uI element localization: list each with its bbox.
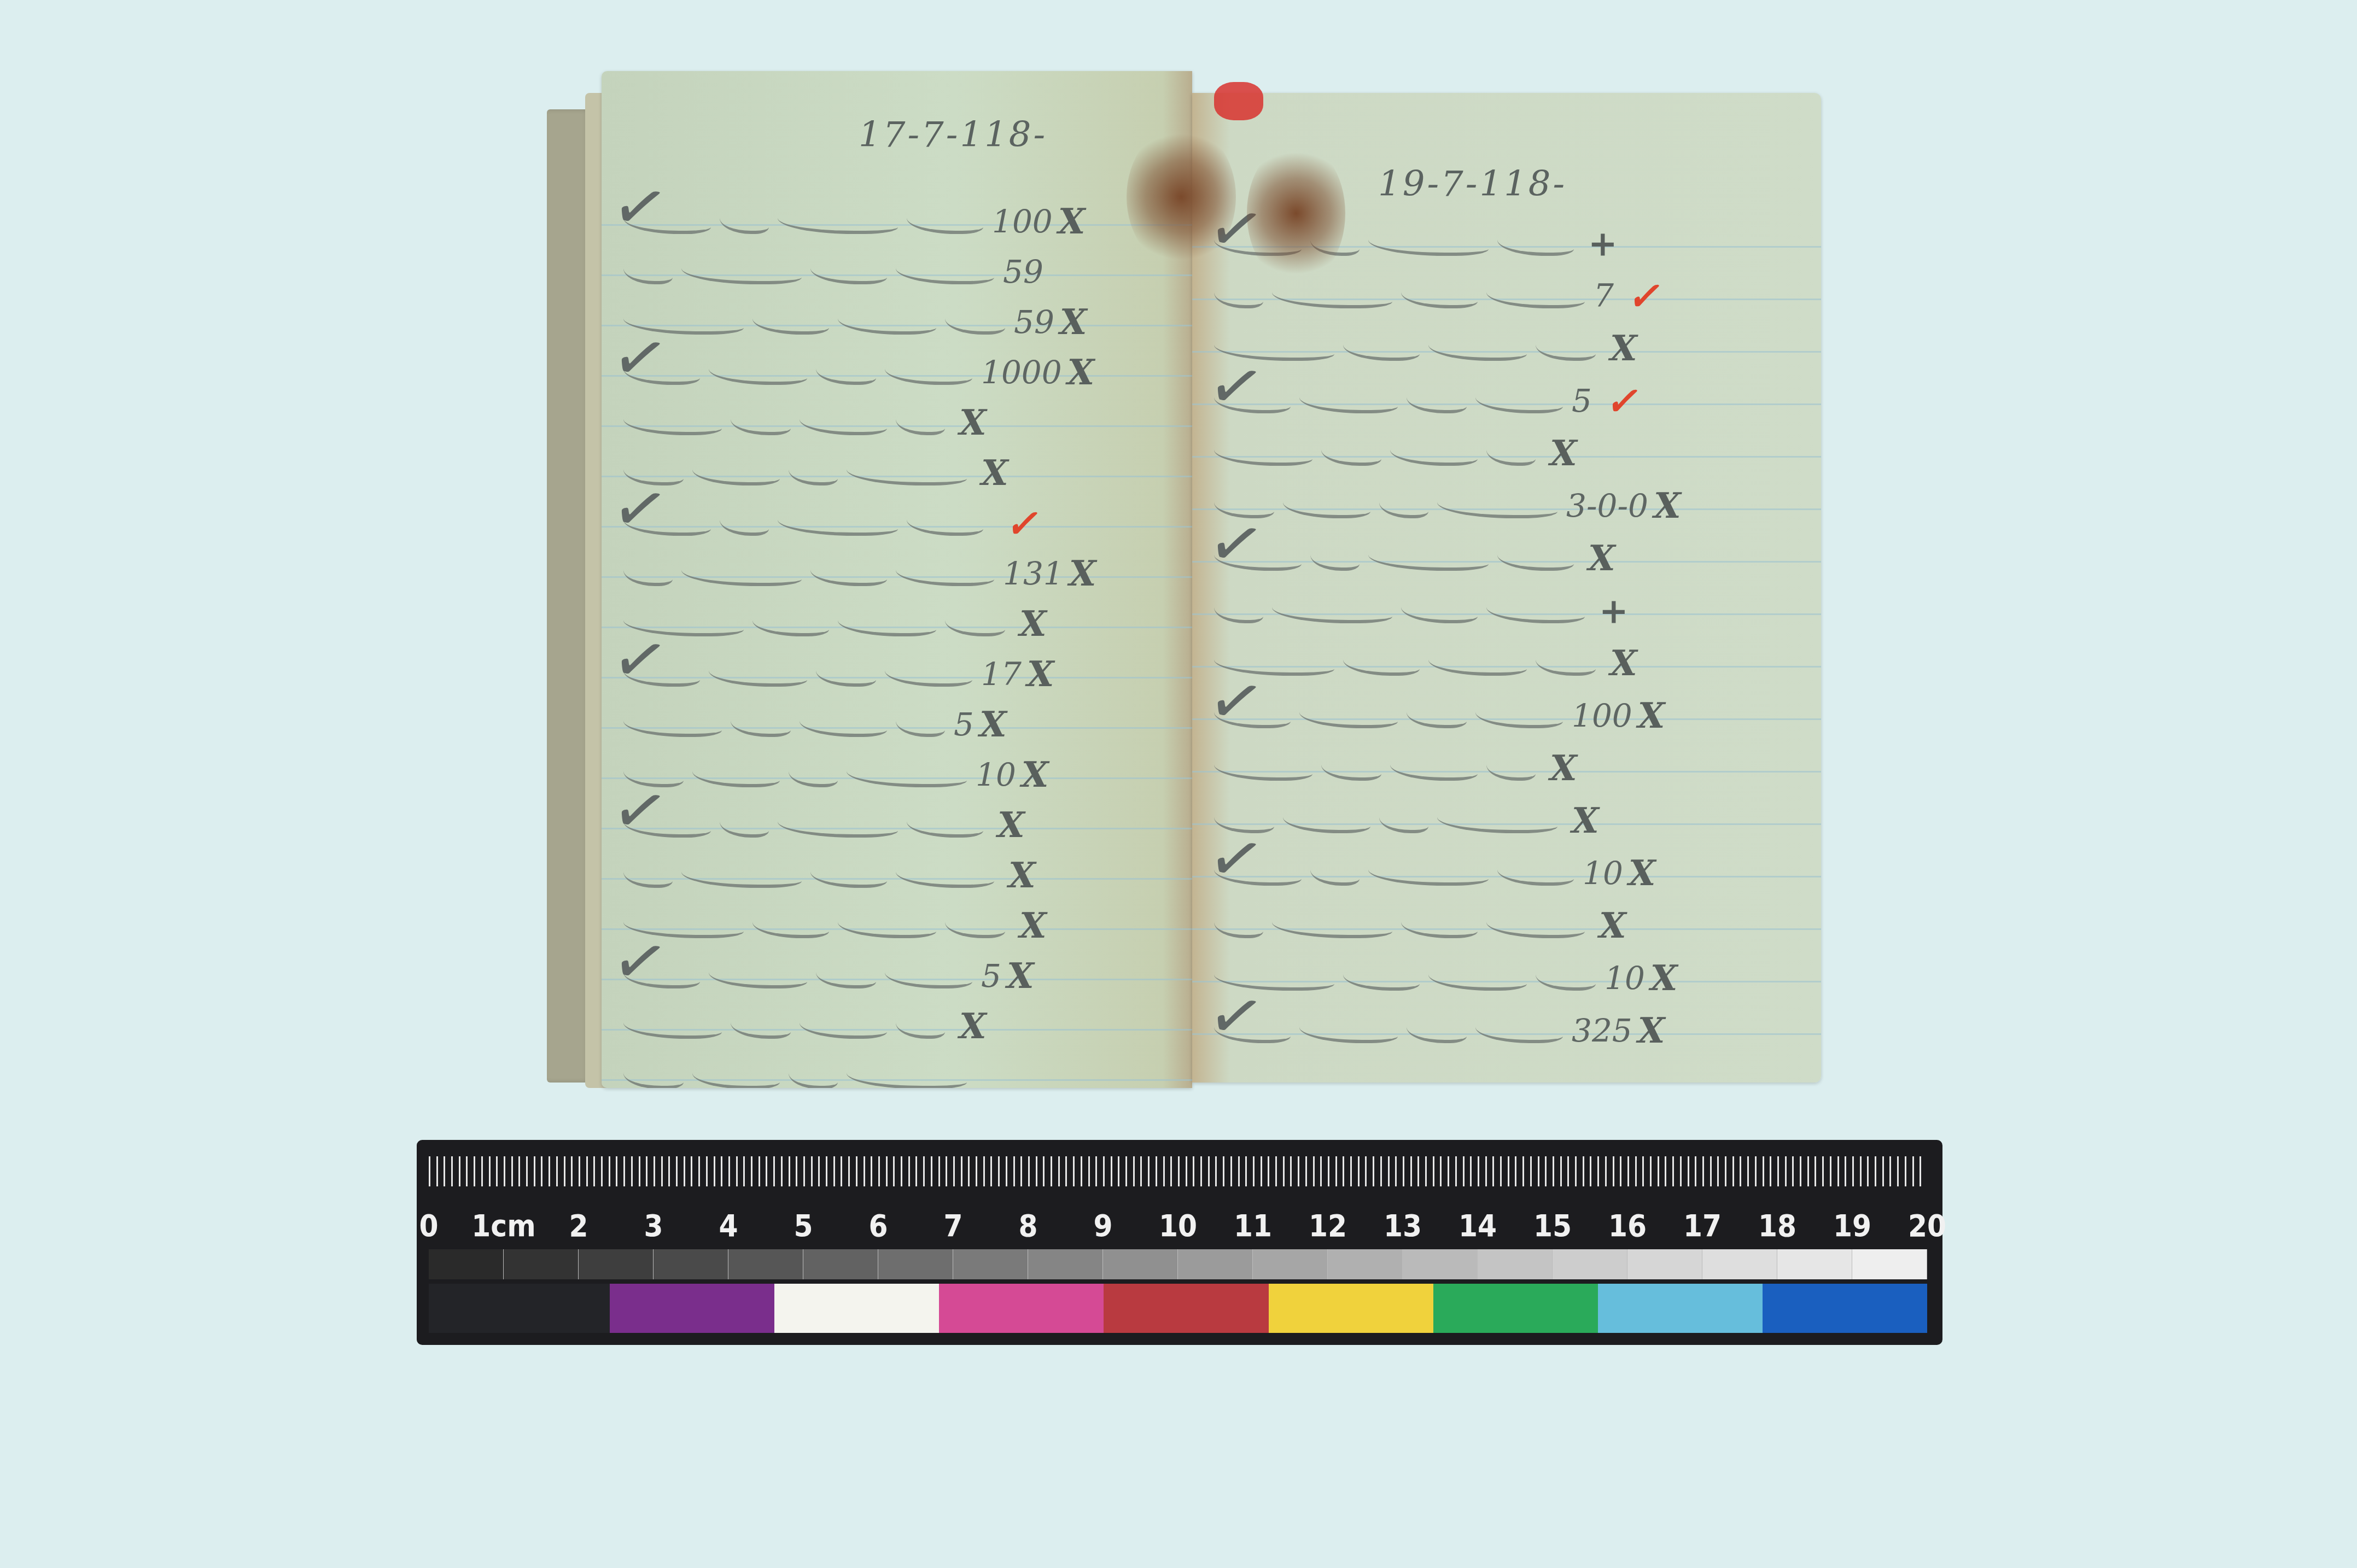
handwriting-glyphs — [1401, 598, 1478, 623]
entry-amount: 100 — [992, 203, 1053, 240]
handwritten-entry: 325X — [1214, 1011, 1665, 1050]
handwriting-glyphs — [681, 561, 802, 586]
handwriting-glyphs — [692, 1064, 780, 1088]
entry-amount: 131 — [1003, 555, 1064, 592]
color-patch-white — [774, 1284, 939, 1333]
plus-mark-icon: + — [1599, 590, 1629, 631]
handwriting-glyphs — [1368, 546, 1489, 571]
handwriting-glyphs — [838, 611, 936, 636]
entry-amount: 10 — [1583, 855, 1623, 892]
scale-tick-label: 14 — [1458, 1208, 1497, 1244]
handwriting-glyphs — [789, 460, 838, 485]
handwriting-glyphs — [896, 259, 994, 284]
handwriting-glyphs — [1401, 283, 1478, 308]
entry-amount: 10 — [976, 756, 1016, 793]
handwritten-entry: X — [1214, 434, 1577, 472]
handwritten-entry: + — [1214, 592, 1629, 630]
handwritten-entry: 59 — [623, 253, 1049, 291]
handwriting-glyphs — [1486, 756, 1536, 781]
gray-step — [579, 1249, 654, 1279]
right-page-date: 19-7-118- — [1378, 164, 1567, 204]
handwriting-glyphs — [907, 209, 983, 234]
scale-tick-label: 2 — [569, 1208, 588, 1244]
scale-tick-label: 1cm — [471, 1208, 535, 1244]
handwriting-glyphs — [896, 712, 945, 737]
scale-tick-label: 15 — [1533, 1208, 1572, 1244]
handwriting-glyphs — [1437, 493, 1557, 518]
handwriting-glyphs — [1321, 756, 1381, 781]
handwriting-glyphs — [1497, 861, 1574, 886]
handwriting-glyphs — [1214, 441, 1312, 466]
cross-mark-icon: X — [1610, 328, 1637, 369]
gray-step — [1328, 1249, 1403, 1279]
handwriting-glyphs — [692, 762, 780, 787]
cross-mark-icon: X — [997, 805, 1025, 846]
gray-step — [1553, 1249, 1627, 1279]
cross-mark-icon: X — [1638, 695, 1665, 736]
scale-tick-label: 8 — [1018, 1208, 1037, 1244]
handwriting-glyphs — [752, 611, 829, 636]
notebook-cover-edge — [547, 109, 591, 1083]
entry-amount: 3-0-0 — [1566, 487, 1648, 524]
handwritten-entry: X — [623, 605, 1047, 643]
handwritten-entry: 10X — [623, 756, 1048, 794]
gray-step — [429, 1249, 504, 1279]
handwriting-glyphs — [1283, 493, 1370, 518]
left-page: 17-7-118- 100X✓5959X1000X✓XX✓✓131XX17X✓5… — [602, 71, 1192, 1088]
gray-step — [504, 1249, 579, 1279]
handwritten-entry: X — [1214, 329, 1637, 367]
check-mark-icon: ✓ — [1627, 273, 1659, 319]
handwriting-glyphs — [789, 762, 838, 787]
cross-mark-icon: X — [959, 402, 987, 443]
handwritten-entry: 100X — [1214, 697, 1665, 735]
cross-mark-icon: X — [1022, 754, 1049, 795]
handwriting-glyphs — [847, 1064, 967, 1088]
scale-tick-label: 7 — [943, 1208, 962, 1244]
entry-amount: 5 — [954, 706, 974, 743]
handwriting-glyphs — [810, 259, 887, 284]
scale-tick-label: 5 — [794, 1208, 813, 1244]
scale-tick-label: 19 — [1833, 1208, 1871, 1244]
handwriting-glyphs — [752, 913, 829, 938]
cross-mark-icon: X — [1550, 433, 1577, 474]
entry-amount: 325 — [1572, 1012, 1632, 1049]
color-patch-cyan — [1598, 1284, 1763, 1333]
color-patch-black — [429, 1284, 610, 1333]
cross-mark-icon: X — [1060, 302, 1087, 343]
handwriting-glyphs — [1368, 861, 1489, 886]
entry-amount: 59 — [1003, 253, 1043, 290]
handwriting-glyphs — [1407, 703, 1467, 728]
handwritten-entry: 131X — [623, 554, 1096, 593]
handwriting-glyphs — [731, 410, 791, 435]
handwriting-glyphs — [1272, 283, 1392, 308]
handwriting-glyphs — [778, 209, 898, 234]
handwriting-glyphs — [1536, 651, 1596, 676]
handwriting-glyphs — [1343, 336, 1420, 361]
handwriting-glyphs — [1475, 703, 1563, 728]
gray-step — [953, 1249, 1028, 1279]
handwritten-entry: X — [1214, 906, 1626, 945]
scale-tick-label: 3 — [644, 1208, 663, 1244]
handwriting-glyphs — [623, 1014, 722, 1039]
gray-step — [1103, 1249, 1178, 1279]
handwriting-glyphs — [1321, 441, 1381, 466]
handwriting-glyphs — [847, 762, 967, 787]
handwritten-entry: X — [623, 806, 1025, 844]
gray-step — [878, 1249, 953, 1279]
gray-step — [1702, 1249, 1777, 1279]
cross-mark-icon: X — [1610, 643, 1637, 684]
handwriting-glyphs — [1486, 441, 1536, 466]
handwriting-glyphs — [1272, 913, 1392, 938]
handwriting-glyphs — [1214, 756, 1312, 781]
color-patch-purple — [610, 1284, 774, 1333]
handwriting-glyphs — [623, 561, 673, 586]
scale-tick-label: 20 — [1908, 1208, 1946, 1244]
handwriting-glyphs — [945, 611, 1005, 636]
handwriting-glyphs — [623, 712, 722, 737]
handwriting-glyphs — [623, 410, 722, 435]
handwriting-glyphs — [885, 662, 972, 687]
handwritten-entry: X — [623, 906, 1047, 945]
handwriting-glyphs — [816, 963, 876, 988]
handwriting-glyphs — [838, 309, 936, 335]
handwriting-glyphs — [720, 812, 769, 838]
entry-amount: 7 — [1594, 277, 1614, 314]
handwriting-glyphs — [778, 511, 898, 536]
handwriting-glyphs — [885, 963, 972, 988]
handwriting-glyphs — [1407, 1018, 1467, 1043]
scale-tick-label: 11 — [1234, 1208, 1272, 1244]
gray-step — [728, 1249, 803, 1279]
handwriting-glyphs — [1299, 1018, 1398, 1043]
handwritten-entry: ✓ — [623, 504, 1037, 542]
handwriting-glyphs — [907, 511, 983, 536]
left-page-date: 17-7-118- — [859, 115, 1047, 155]
handwriting-glyphs — [1486, 283, 1585, 308]
entry-amount: 5 — [1572, 382, 1592, 419]
color-patch-blue — [1763, 1284, 1927, 1333]
cross-mark-icon: X — [1007, 956, 1034, 997]
measurement-scale: 01cm234567891011121314151617181920 — [417, 1140, 1942, 1345]
handwriting-glyphs — [709, 360, 807, 385]
handwritten-entry: 3-0-0X — [1214, 487, 1681, 525]
handwriting-glyphs — [1486, 913, 1585, 938]
grayscale-strip — [429, 1249, 1927, 1279]
handwritten-entry: 59X — [623, 303, 1087, 341]
handwriting-glyphs — [1343, 651, 1420, 676]
handwritten-entry: X — [623, 856, 1036, 894]
handwriting-glyphs — [810, 561, 887, 586]
cross-mark-icon: X — [1599, 905, 1626, 946]
handwriting-glyphs — [1310, 546, 1360, 571]
millimeter-ticks — [429, 1156, 1927, 1186]
entry-amount: 5 — [981, 957, 1001, 994]
handwriting-glyphs — [1299, 388, 1398, 413]
cross-mark-icon: X — [1638, 1010, 1665, 1051]
handwritten-entry: X — [1214, 801, 1599, 840]
gray-step — [1253, 1249, 1328, 1279]
handwriting-glyphs — [945, 309, 1005, 335]
handwritten-entry: 5X — [623, 705, 1007, 744]
handwriting-glyphs — [1272, 598, 1392, 623]
handwriting-glyphs — [731, 712, 791, 737]
handwriting-glyphs — [789, 1064, 838, 1088]
cross-mark-icon: X — [1650, 958, 1678, 999]
handwriting-glyphs — [800, 712, 887, 737]
scale-tick-label: 0 — [419, 1208, 438, 1244]
handwriting-glyphs — [1497, 546, 1574, 571]
scale-tick-label: 10 — [1159, 1208, 1197, 1244]
handwriting-glyphs — [752, 309, 829, 335]
handwriting-glyphs — [945, 913, 1005, 938]
handwritten-entry: X — [1214, 539, 1615, 577]
gray-step — [1028, 1249, 1103, 1279]
handwriting-glyphs — [816, 360, 876, 385]
handwriting-glyphs — [1475, 1018, 1563, 1043]
handwritten-entry: X — [623, 403, 987, 442]
handwriting-glyphs — [1390, 441, 1478, 466]
handwriting-glyphs — [885, 360, 972, 385]
handwritten-entry: 10X — [1214, 959, 1677, 997]
scale-tick-label: 9 — [1093, 1208, 1112, 1244]
handwritten-entry: X — [1214, 644, 1637, 682]
handwriting-glyphs — [778, 812, 898, 838]
handwriting-glyphs — [709, 963, 807, 988]
handwriting-glyphs — [896, 410, 945, 435]
handwriting-glyphs — [1214, 913, 1263, 938]
handwriting-glyphs — [709, 662, 807, 687]
scale-tick-label: 18 — [1758, 1208, 1796, 1244]
handwritten-entry: X — [623, 454, 1008, 492]
handwriting-glyphs — [1214, 598, 1263, 623]
handwriting-glyphs — [1475, 388, 1563, 413]
cross-mark-icon: X — [1058, 201, 1086, 242]
cross-mark-icon: X — [1069, 553, 1096, 594]
handwriting-glyphs — [681, 259, 802, 284]
handwriting-glyphs — [1497, 231, 1574, 256]
handwriting-glyphs — [1486, 598, 1585, 623]
handwriting-glyphs — [692, 460, 780, 485]
handwriting-glyphs — [1214, 283, 1263, 308]
scale-tick-label: 12 — [1309, 1208, 1347, 1244]
handwritten-entry: 1000X — [623, 353, 1094, 391]
handwritten-entry: 100X — [623, 202, 1085, 241]
handwriting-glyphs — [1428, 966, 1527, 991]
scale-tick-label: 13 — [1384, 1208, 1422, 1244]
gray-step — [1627, 1249, 1702, 1279]
handwriting-glyphs — [847, 460, 967, 485]
gray-step — [803, 1249, 878, 1279]
color-patch-magenta — [939, 1284, 1104, 1333]
handwriting-glyphs — [1390, 756, 1478, 781]
handwriting-glyphs — [681, 863, 802, 888]
handwriting-glyphs — [838, 913, 936, 938]
entry-amount: 10 — [1605, 959, 1645, 997]
cross-mark-icon: X — [981, 453, 1008, 494]
handwriting-glyphs — [1428, 336, 1527, 361]
entry-amount: 59 — [1014, 303, 1054, 341]
color-patch-green — [1433, 1284, 1598, 1333]
handwritten-entry: 17X — [623, 655, 1054, 693]
cross-mark-icon: X — [979, 704, 1007, 745]
handwriting-glyphs — [731, 1014, 791, 1039]
gray-step — [1852, 1249, 1927, 1279]
cross-mark-icon: X — [1019, 604, 1047, 645]
gray-step — [1178, 1249, 1253, 1279]
handwriting-glyphs — [623, 259, 673, 284]
handwriting-glyphs — [907, 812, 983, 838]
color-checker-strip — [429, 1284, 1927, 1333]
handwriting-glyphs — [1343, 966, 1420, 991]
entry-amount: 1000 — [981, 354, 1062, 391]
handwritten-entry — [623, 1057, 981, 1088]
gray-step — [654, 1249, 728, 1279]
handwriting-glyphs — [896, 1014, 945, 1039]
gray-step — [1403, 1249, 1478, 1279]
handwriting-glyphs — [1310, 861, 1360, 886]
handwriting-glyphs — [1407, 388, 1467, 413]
check-mark-icon: ✓ — [1005, 501, 1037, 546]
cross-mark-icon: X — [1067, 352, 1095, 393]
handwriting-glyphs — [896, 863, 994, 888]
cross-mark-icon: X — [959, 1006, 987, 1047]
scale-tick-label: 4 — [719, 1208, 738, 1244]
binding-stain — [1127, 126, 1236, 268]
cross-mark-icon: X — [1654, 485, 1681, 526]
handwriting-glyphs — [896, 561, 994, 586]
cross-mark-icon: X — [1550, 748, 1577, 789]
cross-mark-icon: X — [1572, 800, 1599, 841]
cross-mark-icon: X — [1027, 654, 1054, 695]
handwritten-entry: 10X — [1214, 854, 1655, 892]
handwriting-glyphs — [816, 662, 876, 687]
handwriting-glyphs — [1401, 913, 1478, 938]
handwriting-glyphs — [810, 863, 887, 888]
handwriting-glyphs — [623, 1064, 684, 1088]
handwritten-entry: X — [1214, 749, 1577, 787]
entry-amount: 100 — [1572, 697, 1632, 734]
handwritten-entry: X — [623, 1007, 987, 1045]
gray-step — [1777, 1249, 1852, 1279]
cross-mark-icon: X — [1019, 905, 1047, 946]
gray-step — [1478, 1249, 1553, 1279]
handwriting-glyphs — [1299, 703, 1398, 728]
entry-amount: 17 — [981, 656, 1022, 693]
handwriting-glyphs — [800, 410, 887, 435]
handwriting-glyphs — [1428, 651, 1527, 676]
handwriting-glyphs — [720, 511, 769, 536]
handwriting-glyphs — [1379, 808, 1428, 833]
handwriting-glyphs — [1379, 493, 1428, 518]
cross-mark-icon: X — [1588, 538, 1615, 579]
handwriting-glyphs — [800, 1014, 887, 1039]
cross-mark-icon: X — [1629, 853, 1656, 894]
handwriting-glyphs — [1536, 966, 1596, 991]
check-mark-icon: ✓ — [1605, 378, 1637, 424]
plus-mark-icon: + — [1588, 223, 1618, 264]
handwriting-glyphs — [1536, 336, 1596, 361]
handwritten-entry: 7✓ — [1214, 277, 1659, 315]
handwriting-glyphs — [1283, 808, 1370, 833]
scale-tick-label: 17 — [1683, 1208, 1722, 1244]
cross-mark-icon: X — [1008, 855, 1036, 896]
red-thread — [1214, 82, 1263, 120]
color-patch-yellow — [1269, 1284, 1433, 1333]
handwritten-entry: 5X — [623, 957, 1034, 995]
handwritten-entry: 5✓ — [1214, 382, 1637, 420]
handwriting-glyphs — [1437, 808, 1557, 833]
handwriting-glyphs — [720, 209, 769, 234]
handwriting-glyphs — [1368, 231, 1489, 256]
binding-stain — [1247, 142, 1345, 284]
notebook: 17-7-118- 100X✓5959X1000X✓XX✓✓131XX17X✓5… — [525, 71, 1837, 1099]
color-patch-red — [1104, 1284, 1268, 1333]
scale-tick-label: 16 — [1608, 1208, 1647, 1244]
scale-tick-label: 6 — [868, 1208, 888, 1244]
handwriting-glyphs — [623, 863, 673, 888]
